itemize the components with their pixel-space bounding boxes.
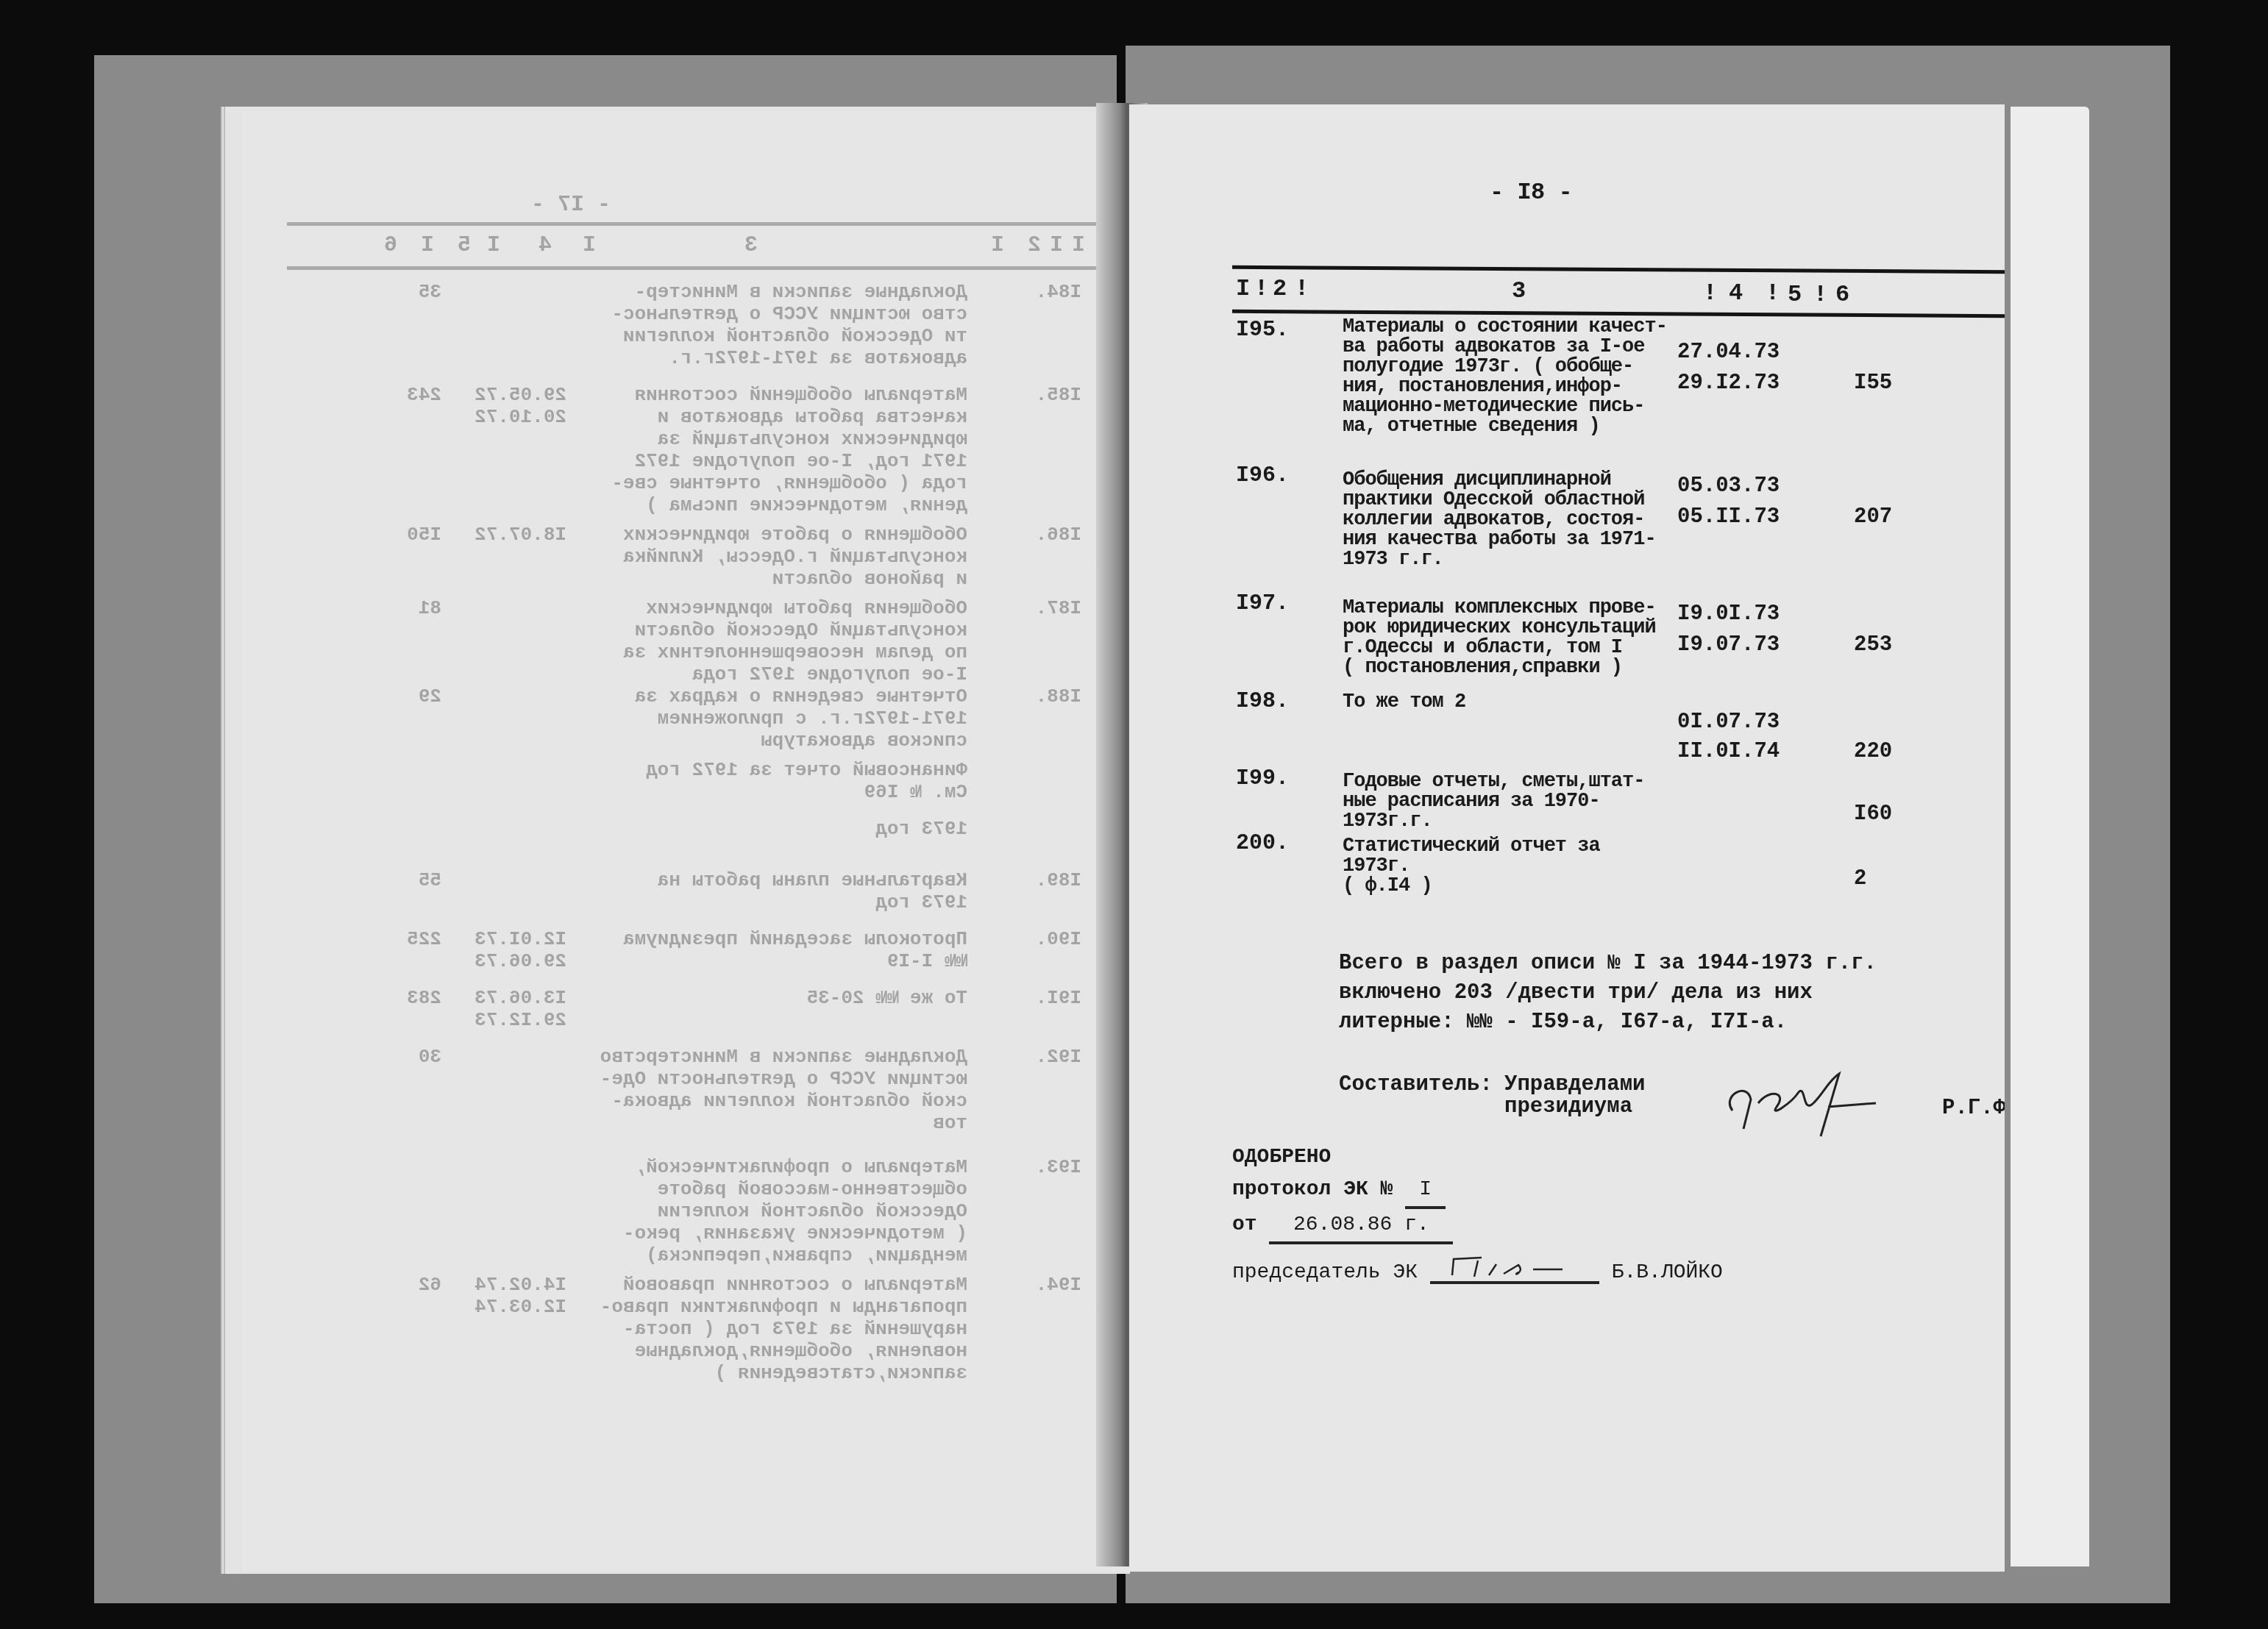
bleed-sheets: 29 bbox=[383, 685, 441, 707]
bleed-num: I9I. bbox=[1023, 987, 1081, 1009]
bleed-text: Материалы о профилактической, общественн… bbox=[570, 1156, 967, 1266]
chair-signature-icon bbox=[1445, 1253, 1592, 1283]
bleed-text: То же №№ 20-35 bbox=[570, 987, 967, 1009]
bleed-sheets: 283 bbox=[383, 987, 441, 1009]
bleed-through-text: - I7 - I I 2 I 3 I 4 I 5 I 6 I84.Докладн… bbox=[243, 112, 1126, 1572]
bleed-dates: I8.07.72 bbox=[456, 524, 566, 546]
chair-name: Б.В.ЛОЙКО bbox=[1612, 1261, 1723, 1284]
bleed-num: I94. bbox=[1023, 1274, 1081, 1296]
bleed-text: Протоколы заседаний президиума №№ I-I9 bbox=[570, 928, 967, 972]
bleed-text: Материалы о состоянии правовой пропаганд… bbox=[570, 1274, 967, 1384]
bleed-sheets: 30 bbox=[383, 1046, 441, 1068]
bleed-sheets: 55 bbox=[383, 869, 441, 891]
bleed-text: Обобщения работы юридических консультаци… bbox=[570, 597, 967, 685]
bleed-dates: I2.0I.73 29.06.73 bbox=[456, 928, 566, 972]
bleed-sheets: 35 bbox=[383, 281, 441, 303]
bleed-dates: I3.06.73 29.I2.73 bbox=[456, 987, 566, 1031]
composer-name: Р.Г.ФОРДУЙ bbox=[1942, 1097, 2005, 1119]
bleed-num: I86. bbox=[1023, 524, 1081, 546]
left-page-number: - I7 - bbox=[531, 193, 611, 218]
chair-line: председатель ЭК Б.В.ЛОЙКО bbox=[1232, 1258, 1723, 1284]
bleed-num: I89. bbox=[1023, 869, 1081, 891]
left-page: - I7 - I I 2 I 3 I 4 I 5 I 6 I84.Докладн… bbox=[243, 112, 1126, 1572]
bleed-sheets: 62 bbox=[383, 1274, 441, 1296]
bleed-sheets: 81 bbox=[383, 597, 441, 619]
bleed-sheets: 243 bbox=[383, 384, 441, 406]
protocol-number: I bbox=[1405, 1174, 1446, 1209]
left-table-header: I I 2 I 3 I 4 I 5 I 6 bbox=[287, 222, 1096, 270]
chair-signature-line bbox=[1430, 1258, 1599, 1284]
right-page: - I8 - I ! 2 ! 3 ! 4 ! 5 ! 6 I95. Матери… bbox=[1129, 104, 2005, 1572]
table-header-top-rule bbox=[1232, 265, 2005, 274]
page-flap-edge bbox=[2011, 107, 2089, 1566]
bleed-text: Материалы обобщений состояния качества р… bbox=[570, 384, 967, 516]
bleed-text: Докладные записки в Министерство юстиции… bbox=[570, 1046, 967, 1134]
signature-icon bbox=[1718, 1059, 1924, 1140]
bleed-num: I85. bbox=[1023, 384, 1081, 406]
bleed-num: I93. bbox=[1023, 1156, 1081, 1178]
approval-date: 26.08.86 г. bbox=[1269, 1209, 1453, 1244]
bleed-dates: 29.05.72 20.10.72 bbox=[456, 384, 566, 428]
bleed-text: Отчетные сведения о кадрах за 1971-1972г… bbox=[570, 685, 967, 752]
bleed-num: I90. bbox=[1023, 928, 1081, 950]
bleed-text: Финансовый отчет за 1972 год См. № I69 bbox=[570, 759, 967, 803]
bleed-text: 1973 год bbox=[570, 818, 967, 840]
approval-title: ОДОБРЕНО bbox=[1232, 1141, 1453, 1174]
bleed-sheets: 225 bbox=[383, 928, 441, 950]
approval-block: ОДОБРЕНО протокол ЭК № I от 26.08.86 г. bbox=[1232, 1141, 1453, 1244]
date-label: от bbox=[1232, 1213, 1257, 1236]
bleed-text: Докладные записки в Министер- ство юстиц… bbox=[570, 281, 967, 369]
chair-label: председатель ЭК bbox=[1232, 1261, 1418, 1284]
protocol-label: протокол ЭК № bbox=[1232, 1178, 1393, 1201]
composer-role: Управделами президиума bbox=[1504, 1074, 1725, 1118]
bleed-text: Квартальные планы работы на 1973 год bbox=[570, 869, 967, 913]
bleed-num: I88. bbox=[1023, 685, 1081, 707]
bleed-num: I84. bbox=[1023, 281, 1081, 303]
composer-block: Составитель: Управделами президиума Р.Г.… bbox=[1339, 1074, 1493, 1096]
bleed-sheets: I50 bbox=[383, 524, 441, 546]
page-number: - I8 - bbox=[1490, 182, 1572, 204]
summary-text: Всего в раздел описи № I за 1944-1973 г.… bbox=[1339, 949, 1877, 1037]
composer-label: Составитель: bbox=[1339, 1072, 1493, 1097]
bleed-num: I92. bbox=[1023, 1046, 1081, 1068]
bleed-dates: I4.02.74 I2.03.74 bbox=[456, 1274, 566, 1318]
bleed-num: I87. bbox=[1023, 597, 1081, 619]
bleed-text: Обобщения о работе юридических консульта… bbox=[570, 524, 967, 590]
